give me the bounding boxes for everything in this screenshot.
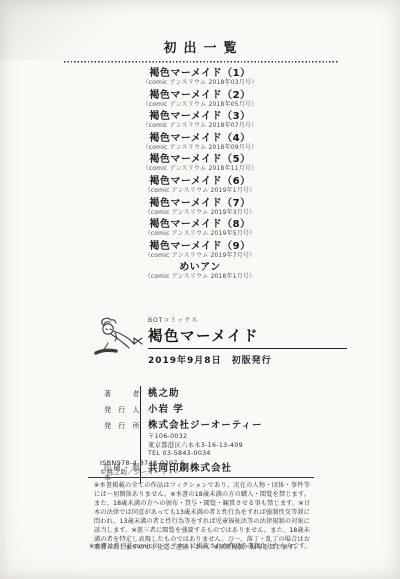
list-item: 褐色マーメイド（9） （comic アンスリウム 2019年7月号） (0, 241, 400, 260)
issuer-label: 発行人 (104, 402, 140, 418)
isbn-number: ISBN978-4-8748-0207-6 (100, 459, 185, 468)
work-title: 褐色マーメイド（4） (0, 133, 400, 144)
list-item: 褐色マーメイド（7） （comic アンスリウム 2019年3月号） (0, 198, 400, 217)
author-value: 桃之助 (140, 386, 347, 402)
list-item: 褐色マーメイド（1） （comic アンスリウム 2018年03月号） (0, 68, 400, 87)
list-item: 褐色マーメイド（2） （comic アンスリウム 2018年05月号） (0, 90, 400, 109)
author-row: 著 者 桃之助 (104, 386, 347, 402)
publisher-tel: TEL 03-5843-0034 (148, 450, 347, 459)
work-source: （comic アンスリウム 2018年1月号） (0, 273, 400, 281)
book-title: 褐色マーメイド (148, 329, 259, 345)
imprint-label: BOTコミックス (148, 315, 347, 324)
work-source: （comic アンスリウム 2019年7月号） (0, 252, 400, 260)
list-item: 褐色マーメイド（4） （comic アンスリウム 2018年09月号） (0, 133, 400, 152)
author-name: 桃之助 (148, 387, 347, 400)
dotted-divider (64, 60, 338, 63)
publisher-address: 東京都港区六本木3-16-13-409 (148, 442, 347, 451)
book-title-block: BOTコミックス 褐色マーメイド 2019年9月8日 初版発行 (96, 315, 347, 366)
work-title: 褐色マーメイド（9） (0, 241, 400, 252)
first-publication-list: 褐色マーメイド（1） （comic アンスリウム 2018年03月号） 褐色マー… (0, 68, 400, 284)
work-source: （comic アンスリウム 2019年3月号） (0, 209, 400, 217)
disclaimer-divider (88, 477, 314, 478)
issuer-name: 小岩 学 (148, 403, 347, 416)
work-source: （comic アンスリウム 2019年1月号） (0, 187, 400, 195)
colophon-page: 初出一覧 褐色マーメイド（1） （comic アンスリウム 2018年03月号）… (0, 0, 400, 579)
work-title: 褐色マーメイド（7） (0, 198, 400, 209)
work-title: 褐色マーメイド（2） (0, 90, 400, 101)
work-source: （comic アンスリウム 2018年05月号） (0, 101, 400, 109)
work-source: （comic アンスリウム 2019年5月号） (0, 230, 400, 238)
list-item: 褐色マーメイド（3） （comic アンスリウム 2018年07月号） (0, 111, 400, 130)
author-label: 著 者 (104, 386, 140, 402)
edition-date: 2019年9月8日 初版発行 (148, 353, 347, 366)
work-source: （comic アンスリウム 2018年09月号） (0, 144, 400, 152)
work-title: 褐色マーメイド（1） (0, 68, 400, 79)
list-item: めいアン （comic アンスリウム 2018年1月号） (0, 262, 400, 281)
work-title: 褐色マーメイド（5） (0, 154, 400, 165)
issuer-row: 発行人 小岩 学 (104, 402, 347, 418)
publisher-postal: 〒106-0032 (148, 433, 347, 442)
list-item: 褐色マーメイド（6） （comic アンスリウム 2019年1月号） (0, 176, 400, 195)
copyright-line: ©桃之助／ジーオーティー (100, 468, 185, 477)
mermaid-doodle-illustration (94, 313, 146, 365)
publisher-name: 株式会社ジーオーティー (148, 419, 347, 432)
issuer-value: 小岩 学 (140, 402, 347, 418)
work-title: 褐色マーメイド（3） (0, 111, 400, 122)
source-footnote: ※本書は月刊誌comicアンスリウムに掲載された作品を書籍化したものです。 (0, 541, 400, 550)
work-title: 褐色マーメイド（8） (0, 219, 400, 230)
work-source: （comic アンスリウム 2018年03月号） (0, 79, 400, 87)
publisher-value: 株式会社ジーオーティー 〒106-0032 東京都港区六本木3-16-13-40… (140, 418, 347, 461)
list-item: 褐色マーメイド（5） （comic アンスリウム 2018年11月号） (0, 154, 400, 173)
work-source: （comic アンスリウム 2018年11月号） (0, 165, 400, 173)
book-title-rule: 褐色マーメイド (148, 325, 347, 349)
publisher-row: 発行所 株式会社ジーオーティー 〒106-0032 東京都港区六本木3-16-1… (104, 418, 347, 461)
publisher-label: 発行所 (104, 418, 140, 461)
list-item: 褐色マーメイド（8） （comic アンスリウム 2019年5月号） (0, 219, 400, 238)
work-title: 褐色マーメイド（6） (0, 176, 400, 187)
first-publication-heading: 初出一覧 (0, 37, 400, 56)
isbn-block: ISBN978-4-8748-0207-6 ©桃之助／ジーオーティー (100, 459, 185, 476)
work-title: めいアン (0, 262, 400, 273)
work-source: （comic アンスリウム 2018年07月号） (0, 122, 400, 130)
book-text: BOTコミックス 褐色マーメイド 2019年9月8日 初版発行 (148, 315, 347, 366)
